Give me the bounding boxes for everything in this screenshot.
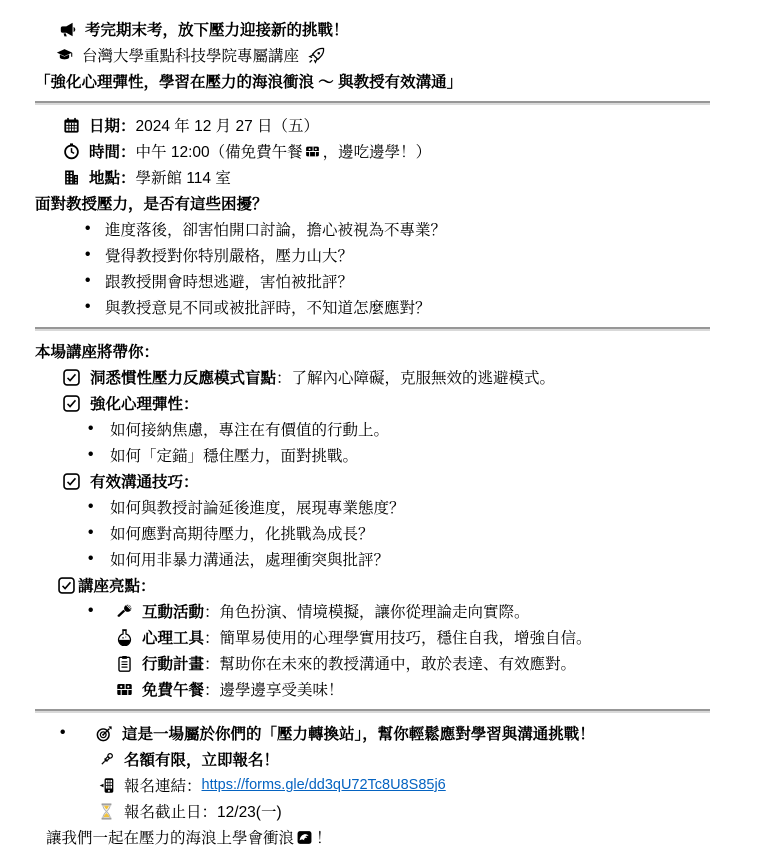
calendar-icon [62, 116, 80, 134]
time-row: 時間： 中午 12:00（備免費午餐 ，邊吃邊學！） [35, 138, 744, 164]
bullet-dot: • [88, 550, 110, 568]
hourglass-icon [97, 802, 115, 820]
flyer-document: 考完期末考，放下壓力迎接新的挑戰！ 台灣大學重點科技學院專屬講座 「強化心理彈性… [0, 0, 784, 850]
header-line-2-text: 台灣大學重點科技學院專屬講座 [82, 44, 299, 66]
time-label: 時間： [89, 140, 136, 162]
date-value: 2024 年 12 月 27 日（五） [136, 114, 320, 136]
bullet-dot: • [85, 298, 105, 316]
bullet-dot: • [88, 498, 110, 516]
pain-heading: 面對教授壓力，是否有這些困擾？ [35, 190, 744, 216]
bullet-dot: • [60, 724, 95, 742]
highlight-item: • 互動活動 ：角色扮演、情境模擬，讓你從理論走向實際。 [35, 598, 744, 624]
highlight-item: 免費午餐 ：邊學邊享受美味！ [35, 676, 744, 702]
rocket-icon [307, 46, 325, 64]
location-value: 學新館 114 室 [136, 166, 231, 188]
microphone-icon [115, 602, 133, 620]
highlight-item: 行動計畫 ：幫助你在未來的教授溝通中，敢於表達、有效應對。 [35, 650, 744, 676]
cta-line-2: 名額有限，立即報名！ [35, 746, 744, 772]
clipboard-icon [115, 654, 133, 672]
seminar-title: 「強化心理彈性，學習在壓力的海浪衝浪 ～ 與教授有效溝通」 [35, 68, 744, 94]
office-building-icon [62, 168, 80, 186]
bullet-dot: • [88, 446, 110, 464]
bento-icon [305, 143, 321, 159]
water-wave-icon [297, 829, 313, 845]
date-row: 日期： 2024 年 12 月 27 日（五） [35, 112, 744, 138]
header-line-1: 考完期末考，放下壓力迎接新的挑戰！ [35, 16, 744, 42]
bullet-dot: • [88, 602, 115, 620]
checkbox-checked-icon [57, 576, 75, 594]
section-divider [35, 709, 710, 713]
bullet-dot: • [85, 220, 105, 238]
deadline-value: 12/23(一) [217, 800, 282, 822]
time-value-post: ，邊吃邊學！） [323, 140, 432, 162]
flask-icon [115, 628, 133, 646]
time-value-pre: 中午 12:00（備免費午餐 [136, 140, 303, 162]
bullet-dot: • [85, 272, 105, 290]
link-label: 報名連結： [124, 774, 202, 796]
checkbox-checked-icon [62, 472, 80, 490]
checkbox-checked-icon [62, 394, 80, 412]
pushpin-icon [97, 750, 115, 768]
agenda-item: 講座亮點： [35, 572, 744, 598]
agenda-heading: 本場講座將帶你： [35, 338, 744, 364]
dart-target-icon [95, 724, 113, 742]
registration-link[interactable]: https://forms.gle/dd3qU72Tc8U8S85j6 [202, 777, 446, 793]
agenda-sub-item: • 如何應對高期待壓力，化挑戰為成長？ [35, 520, 744, 546]
highlight-item: 心理工具 ：簡單易使用的心理學實用技巧，穩住自我，增強自信。 [35, 624, 744, 650]
pain-item: • 與教授意見不同或被批評時，不知道怎麼應對？ [35, 294, 744, 320]
agenda-sub-item: • 如何用非暴力溝通法，處理衝突與批評？ [35, 546, 744, 572]
pain-item: • 進度落後，卻害怕開口討論，擔心被視為不專業？ [35, 216, 744, 242]
header-line-1-text: 考完期末考，放下壓力迎接新的挑戰！ [85, 18, 349, 40]
deadline-label: 報名截止日： [124, 800, 217, 822]
graduation-cap-icon [55, 46, 73, 64]
section-divider [35, 327, 710, 331]
pain-item: • 跟教授開會時想逃避，害怕被批評？ [35, 268, 744, 294]
agenda-item: 有效溝通技巧： [35, 468, 744, 494]
location-row: 地點： 學新館 114 室 [35, 164, 744, 190]
agenda-item: 強化心理彈性： [35, 390, 744, 416]
bento-icon [115, 680, 133, 698]
agenda-sub-item: • 如何與教授討論延後進度，展現專業態度？ [35, 494, 744, 520]
registration-link-row: 報名連結： https://forms.gle/dd3qU72Tc8U8S85j… [35, 772, 744, 798]
agenda-sub-item: • 如何「定錨」穩住壓力，面對挑戰。 [35, 442, 744, 468]
pain-item: • 覺得教授對你特別嚴格，壓力山大？ [35, 242, 744, 268]
checkbox-checked-icon [62, 368, 80, 386]
bullet-dot: • [88, 420, 110, 438]
date-label: 日期： [89, 114, 136, 136]
section-divider [35, 101, 710, 105]
header-line-2: 台灣大學重點科技學院專屬講座 [35, 42, 744, 68]
agenda-item: 洞悉慣性壓力反應模式盲點 ：了解內心障礙，克服無效的逃避模式。 [35, 364, 744, 390]
agenda-sub-item: • 如何接納焦慮，專注在有價值的行動上。 [35, 416, 744, 442]
deadline-row: 報名截止日： 12/23(一) [35, 798, 744, 824]
cta-line-1: • 這是一場屬於你們的「壓力轉換站」，幫你輕鬆應對學習與溝通挑戰！ [35, 720, 744, 746]
megaphone-icon [58, 20, 76, 38]
clock-icon [62, 142, 80, 160]
bullet-dot: • [85, 246, 105, 264]
bullet-dot: • [88, 524, 110, 542]
phone-arrow-icon [97, 776, 115, 794]
closing-line: 讓我們一起在壓力的海浪上學會衝浪 ！ [35, 824, 744, 850]
location-label: 地點： [89, 166, 136, 188]
